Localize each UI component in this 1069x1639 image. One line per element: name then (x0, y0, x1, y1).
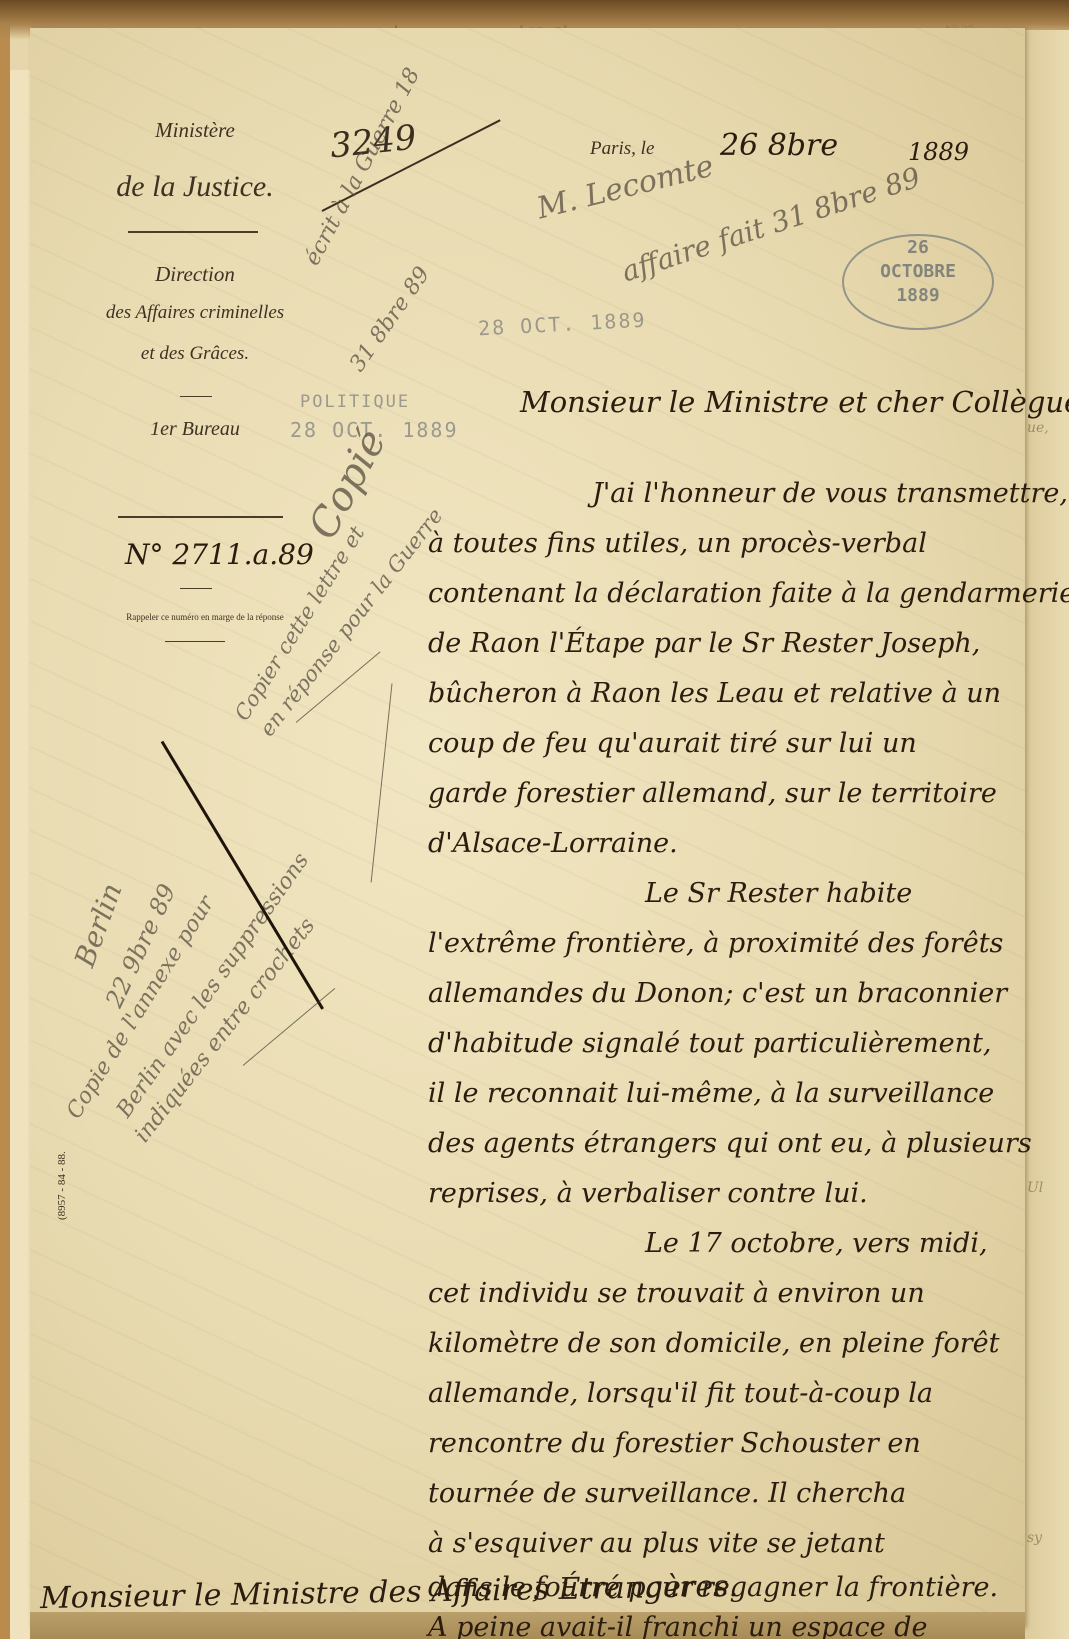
direction-line1: Direction (100, 262, 290, 287)
right-adjacent-sheet: ue, Ul sy (1025, 30, 1069, 1639)
political-stamp-label: POLITIQUE (300, 392, 410, 412)
reference-top-rule (118, 516, 283, 518)
oval-stamp-day: 26 (844, 236, 992, 260)
letter-line: allemandes du Donon; c'est un braconnier (428, 978, 1007, 1009)
letter-line: de Raon l'Étape par le Sr Rester Joseph, (428, 628, 980, 659)
letter-line: reprises, à verbaliser contre lui. (428, 1178, 868, 1209)
letter-line: il le reconnait lui-même, à la surveilla… (428, 1078, 994, 1109)
direction-line3: et des Grâces. (100, 343, 290, 365)
reference-short-rule (180, 588, 212, 589)
reference-bottom-rule (165, 641, 225, 642)
ministry-line1: Ministère (100, 118, 290, 143)
printer-mark: (8957 - 84 - 88. (56, 1151, 68, 1220)
letter-line: rencontre du forestier Schouster en (428, 1428, 921, 1459)
oval-stamp-month: OCTOBRE (844, 260, 992, 284)
letterhead-ornament-rule (128, 231, 258, 233)
letter-year: 1889 (908, 138, 969, 166)
letter-line: coup de feu qu'aurait tiré sur lui un (428, 728, 917, 759)
salutation: Monsieur le Ministre et cher Collègue, (520, 385, 1069, 419)
reference-number: N° 2711.a.89 (125, 538, 314, 571)
letter-line: d'Alsace-Lorraine. (428, 828, 678, 859)
place-date-prefix: Paris, le (590, 138, 654, 160)
short-rule (180, 396, 212, 397)
letter-line: tournée de surveillance. Il chercha (428, 1478, 906, 1509)
left-page-edge (10, 70, 31, 1639)
letter-line: allemande, lorsqu'il fit tout-à-coup la (428, 1378, 933, 1409)
letter-line: cet individu se trouvait à environ un (428, 1278, 925, 1309)
oval-date-stamp: 26 OCTOBRE 1889 (842, 234, 994, 330)
bureau-label: 1er Bureau (100, 418, 290, 441)
handwritten-date: 26 8bre (720, 128, 838, 163)
oval-stamp-year: 1889 (844, 284, 992, 308)
letter-line: d'habitude signalé tout particulièrement… (428, 1028, 991, 1059)
letter-line: contenant la déclaration faite à la gend… (428, 578, 1069, 609)
letter-line: A peine avait-il franchi un espace de (428, 1612, 927, 1639)
letter-line: J'ai l'honneur de vous transmettre, (592, 478, 1068, 509)
direction-line2: des Affaires criminelles (60, 302, 330, 324)
letter-line: Le Sr Rester habite (645, 878, 912, 909)
ministry-line2: de la Justice. (70, 170, 320, 204)
letter-line: l'extrême frontière, à proximité des for… (428, 928, 1003, 959)
letter-line: à toutes fins utiles, un procès-verbal (428, 528, 927, 559)
letter-line: Le 17 octobre, vers midi, (645, 1228, 988, 1259)
letter-line: bûcheron à Raon les Leau et relative à u… (428, 678, 1001, 709)
letter-line: à s'esquiver au plus vite se jetant (428, 1528, 885, 1559)
letter-line: kilomètre de son domicile, en pleine for… (428, 1328, 999, 1359)
letter-line: garde forestier allemand, sur le territo… (428, 778, 997, 809)
letter-line: des agents étrangers qui ont eu, à plusi… (428, 1128, 1032, 1159)
